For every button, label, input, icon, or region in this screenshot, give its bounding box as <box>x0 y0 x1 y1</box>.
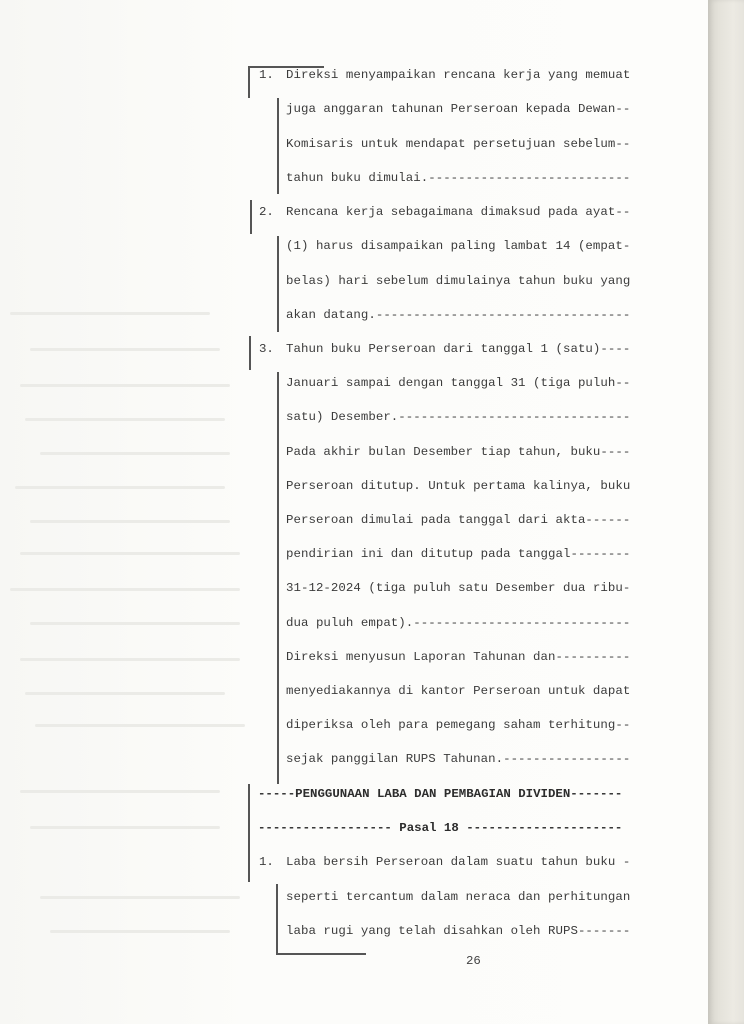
paragraph-3-number: 3. <box>259 342 274 356</box>
paragraph-1-line-2: juga anggaran tahunan Perseroan kepada D… <box>286 102 630 116</box>
article-18-paragraph-1-line-3: laba rugi yang telah disahkan oleh RUPS-… <box>286 924 630 938</box>
bracket-bottom <box>276 953 366 955</box>
margin-bar-a18-body <box>276 884 278 954</box>
paragraph-2-line-1: Rencana kerja sebagaimana dimaksud pada … <box>286 205 630 219</box>
paragraph-3-line-10: Direksi menyusun Laporan Tahunan dan----… <box>286 650 630 664</box>
paragraph-3-line-5: Perseroan ditutup. Untuk pertama kalinya… <box>286 479 630 493</box>
paragraph-3-line-4: Pada akhir bulan Desember tiap tahun, bu… <box>286 445 630 459</box>
margin-bar-p2-body <box>277 236 279 332</box>
paragraph-1-number: 1. <box>259 68 274 82</box>
article-18-paragraph-1-line-2: seperti tercantum dalam neraca dan perhi… <box>286 890 630 904</box>
paragraph-2-number: 2. <box>259 205 274 219</box>
document-page: 1. Direksi menyampaikan rencana kerja ya… <box>0 0 744 1024</box>
bleed-through-text <box>0 0 260 1024</box>
paragraph-2-line-3: belas) hari sebelum dimulainya tahun buk… <box>286 274 630 288</box>
paragraph-2-line-2: (1) harus disampaikan paling lambat 14 (… <box>286 239 630 253</box>
paragraph-3-line-1: Tahun buku Perseroan dari tanggal 1 (sat… <box>286 342 630 356</box>
paragraph-2-line-4: akan datang.----------------------------… <box>286 308 630 322</box>
margin-bar-p3-body <box>277 372 279 784</box>
paragraph-3-line-12: diperiksa oleh para pemegang saham terhi… <box>286 718 630 732</box>
paragraph-3-line-6: Perseroan dimulai pada tanggal dari akta… <box>286 513 630 527</box>
article-18-paragraph-1-line-1: Laba bersih Perseroan dalam suatu tahun … <box>286 855 630 869</box>
article-heading: ------------------ Pasal 18 ------------… <box>258 821 622 835</box>
paragraph-3-line-8: 31-12-2024 (tiga puluh satu Desember dua… <box>286 581 630 595</box>
paragraph-3-line-11: menyediakannya di kantor Perseroan untuk… <box>286 684 630 698</box>
paragraph-3-line-9: dua puluh empat).-----------------------… <box>286 616 630 630</box>
margin-bar-p2-number <box>250 200 252 234</box>
margin-bar-p1-body <box>277 98 279 194</box>
margin-bar-section <box>248 784 250 882</box>
page-number: 26 <box>466 954 481 968</box>
margin-bar-p3-number <box>249 336 251 370</box>
page-binding-edge <box>708 0 744 1024</box>
paragraph-3-line-13: sejak panggilan RUPS Tahunan.-----------… <box>286 752 630 766</box>
paragraph-1-line-3: Komisaris untuk mendapat persetujuan seb… <box>286 137 630 151</box>
section-heading: -----PENGGUNAAN LABA DAN PEMBAGIAN DIVID… <box>258 787 622 801</box>
paragraph-3-line-3: satu) Desember.-------------------------… <box>286 410 630 424</box>
paragraph-1-line-1: Direksi menyampaikan rencana kerja yang … <box>286 68 630 82</box>
margin-bar-p1-number <box>248 66 250 98</box>
article-18-paragraph-1-number: 1. <box>259 855 274 869</box>
paragraph-1-line-4: tahun buku dimulai.---------------------… <box>286 171 630 185</box>
paragraph-3-line-2: Januari sampai dengan tanggal 31 (tiga p… <box>286 376 630 390</box>
paragraph-3-line-7: pendirian ini dan ditutup pada tanggal--… <box>286 547 630 561</box>
